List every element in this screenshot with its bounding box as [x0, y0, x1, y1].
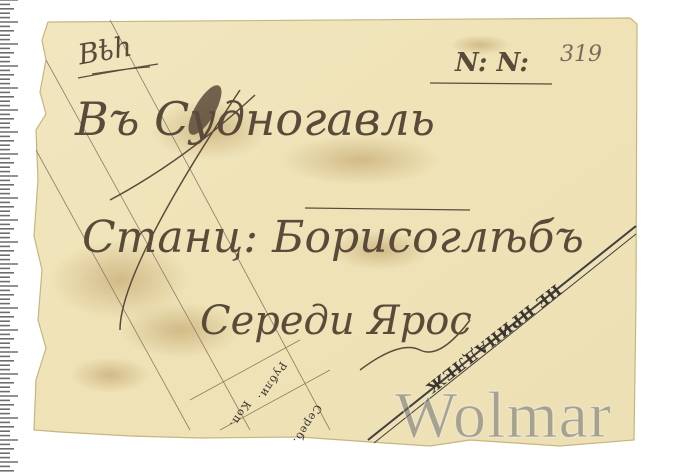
address-line-2: Станц: Борисоглѣбъ — [82, 212, 584, 263]
corner-number: 319 — [560, 42, 602, 67]
top-right-mark: N: N: — [455, 48, 529, 78]
watermark: Wolmar — [395, 378, 612, 454]
address-line-3: Середи Ярос — [200, 298, 472, 344]
address-line-1: Въ Судногавль — [75, 92, 435, 146]
